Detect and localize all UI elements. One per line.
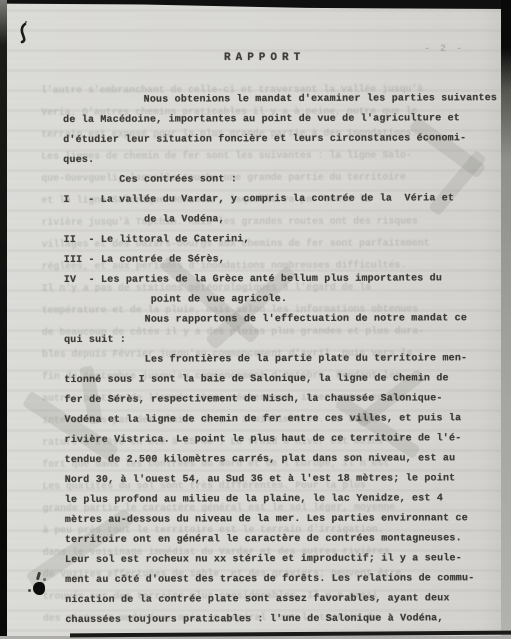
typed-lines: Nous obtenions le mandat d'examiner les … — [63, 89, 511, 631]
ink-blob — [33, 582, 45, 595]
typed-line: III - La contrée de Sérès, — [64, 249, 510, 271]
typed-line: Les frontières de la partie plate du ter… — [64, 349, 510, 371]
typed-line: ment au côté d'ouest des traces de forêt… — [65, 569, 511, 591]
typed-line: tionné sous I sont la baie de Salonique,… — [64, 369, 510, 391]
typed-line: fer de Sérès, respectivement de Nisch, l… — [64, 389, 510, 411]
scan-edge-top — [0, 0, 511, 9]
typed-line: rivière Vistrica. Le point le plus haut … — [64, 429, 510, 451]
typed-line: chaussées toujours praticables : l'une d… — [65, 609, 511, 631]
ink-speck — [43, 578, 46, 581]
typed-line: Leur sol est rocheux nu xx stérile et im… — [65, 549, 511, 571]
typed-line: II - Le littoral de Caterini, — [64, 229, 510, 251]
typed-line: le plus profond au milieu de la plaine, … — [65, 489, 511, 511]
pen-mark-icon — [15, 20, 31, 49]
typed-line: qui suit : — [64, 329, 510, 351]
typed-line: nication de la contrée plate sont assez … — [65, 589, 511, 611]
typed-line: point de vue agricole. — [64, 289, 510, 311]
scanned-document: { "colors": { "paper": "#d8d7d3", "ink":… — [0, 0, 511, 639]
typed-line: ques. — [63, 149, 509, 171]
scan-edge-right — [501, 0, 511, 639]
typed-line: de la Vodéna, — [64, 209, 510, 231]
typed-line: Nord 30, à l'ouest 54, au Sud 36 et à l'… — [65, 469, 511, 491]
typed-line: IV - Les parties de la Grèce anté bellum… — [64, 269, 510, 291]
scan-edge-left — [0, 0, 7, 639]
report-title: RAPPORT — [224, 52, 305, 64]
typed-line: d'étudier leur situation foncière et leu… — [63, 129, 509, 151]
ink-speck — [28, 589, 31, 592]
typed-line: mètres au-dessous du niveau de la mer. L… — [65, 509, 511, 531]
typed-line: de la Macédoine, importantes au point de… — [63, 109, 509, 131]
typed-line: Nous obtenions le mandat d'examiner les … — [63, 89, 509, 111]
typed-line: tendue de 2.500 kilomètres carrés, plat … — [65, 449, 511, 471]
ghost-page-number: - 2 - — [424, 44, 464, 55]
typed-line: I - La vallée du Vardar, y compris la co… — [63, 189, 509, 211]
typed-line: territoire ont en général le caractère d… — [65, 529, 511, 551]
typed-line: Ces contrées sont : — [63, 169, 509, 191]
typed-line: Vodéna et la ligne de chemin de fer entr… — [64, 409, 510, 431]
typed-line: Nous rapportons de l'effectuation de not… — [64, 309, 510, 331]
